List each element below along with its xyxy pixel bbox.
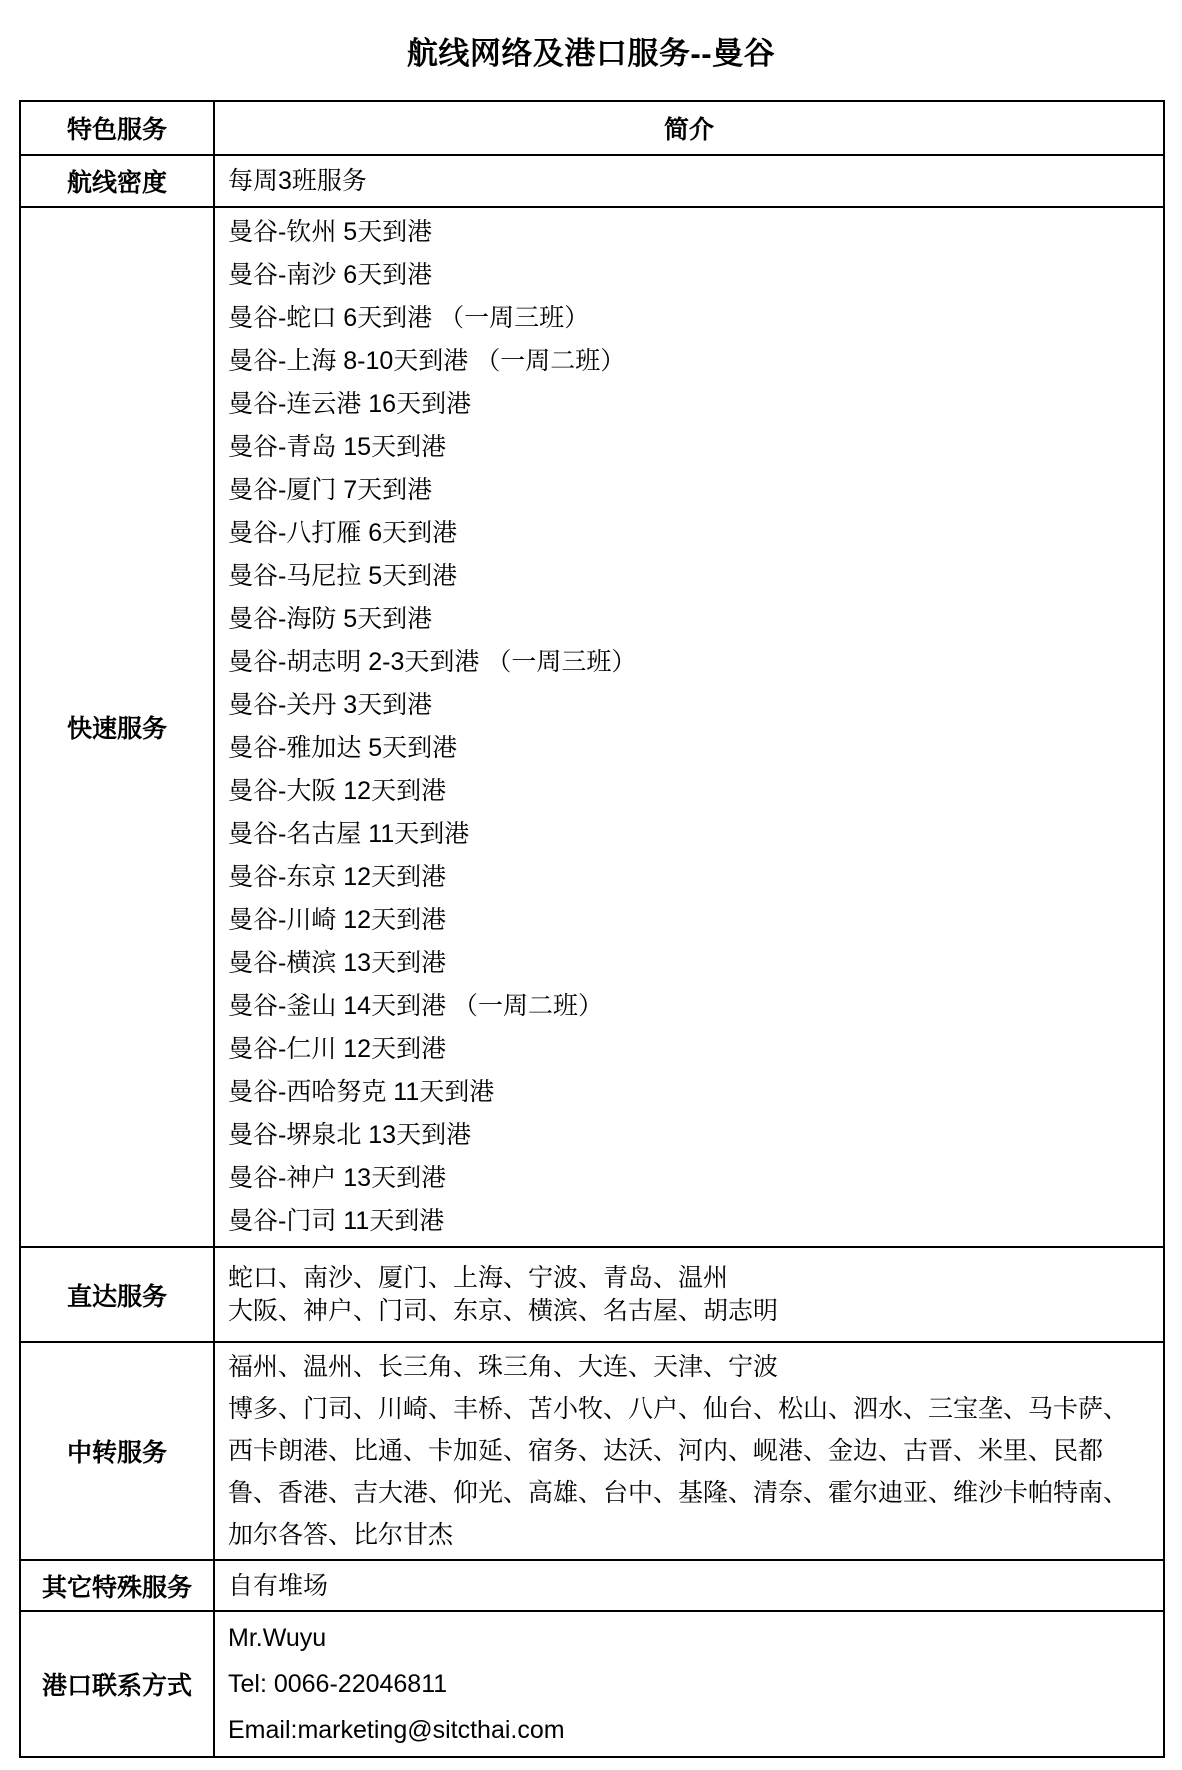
- table-header-row: 特色服务 简介: [20, 101, 1164, 155]
- row-label: 其它特殊服务: [20, 1560, 214, 1611]
- page-title: 航线网络及港口服务--曼谷: [0, 0, 1182, 100]
- content-line: 曼谷-神户 13天到港: [228, 1157, 1150, 1200]
- row-content: 福州、温州、长三角、珠三角、大连、天津、宁波博多、门司、川崎、丰桥、苫小牧、八户…: [214, 1342, 1164, 1560]
- content-line: Mr.Wuyu: [228, 1615, 1150, 1661]
- row-content: Mr.WuyuTel: 0066-22046811Email:marketing…: [214, 1611, 1164, 1757]
- content-line: 曼谷-门司 11天到港: [228, 1200, 1150, 1243]
- content-line: 曼谷-东京 12天到港: [228, 856, 1150, 899]
- content-line: 曼谷-大阪 12天到港: [228, 770, 1150, 813]
- content-line: 曼谷-厦门 7天到港: [228, 469, 1150, 512]
- table-row: 港口联系方式Mr.WuyuTel: 0066-22046811Email:mar…: [20, 1611, 1164, 1757]
- document-page: 航线网络及港口服务--曼谷 特色服务 简介 航线密度每周3班服务快速服务曼谷-钦…: [0, 0, 1182, 1770]
- content-line: 蛇口、南沙、厦门、上海、宁波、青岛、温州: [228, 1262, 1150, 1295]
- table-row: 直达服务蛇口、南沙、厦门、上海、宁波、青岛、温州大阪、神户、门司、东京、横滨、名…: [20, 1247, 1164, 1342]
- content-line: 曼谷-关丹 3天到港: [228, 684, 1150, 727]
- content-line: Tel: 0066-22046811: [228, 1661, 1150, 1707]
- content-line: 博多、门司、川崎、丰桥、苫小牧、八户、仙台、松山、泗水、三宝垄、马卡萨、西卡朗港…: [228, 1388, 1150, 1556]
- content-line: 曼谷-青岛 15天到港: [228, 426, 1150, 469]
- content-line: 曼谷-胡志明 2-3天到港 （一周三班）: [228, 641, 1150, 684]
- header-introduction: 简介: [214, 101, 1164, 155]
- content-line: 曼谷-马尼拉 5天到港: [228, 555, 1150, 598]
- services-table: 特色服务 简介 航线密度每周3班服务快速服务曼谷-钦州 5天到港曼谷-南沙 6天…: [19, 100, 1165, 1758]
- table-row: 航线密度每周3班服务: [20, 155, 1164, 207]
- content-line: 曼谷-西哈努克 11天到港: [228, 1071, 1150, 1114]
- content-line: 曼谷-雅加达 5天到港: [228, 727, 1150, 770]
- content-line: 曼谷-横滨 13天到港: [228, 942, 1150, 985]
- content-line: 曼谷-连云港 16天到港: [228, 383, 1150, 426]
- row-content: 每周3班服务: [214, 155, 1164, 207]
- content-line: 曼谷-上海 8-10天到港 （一周二班）: [228, 340, 1150, 383]
- row-content: 自有堆场: [214, 1560, 1164, 1611]
- row-label: 港口联系方式: [20, 1611, 214, 1757]
- content-line: 曼谷-堺泉北 13天到港: [228, 1114, 1150, 1157]
- content-line: 曼谷-仁川 12天到港: [228, 1028, 1150, 1071]
- content-line: 每周3班服务: [228, 164, 1150, 198]
- row-content: 曼谷-钦州 5天到港曼谷-南沙 6天到港曼谷-蛇口 6天到港 （一周三班）曼谷-…: [214, 207, 1164, 1247]
- content-line: 曼谷-南沙 6天到港: [228, 254, 1150, 297]
- row-content: 蛇口、南沙、厦门、上海、宁波、青岛、温州大阪、神户、门司、东京、横滨、名古屋、胡…: [214, 1247, 1164, 1342]
- row-label: 快速服务: [20, 207, 214, 1247]
- header-feature-services: 特色服务: [20, 101, 214, 155]
- row-label: 直达服务: [20, 1247, 214, 1342]
- row-label: 航线密度: [20, 155, 214, 207]
- table-row: 快速服务曼谷-钦州 5天到港曼谷-南沙 6天到港曼谷-蛇口 6天到港 （一周三班…: [20, 207, 1164, 1247]
- content-line: 曼谷-川崎 12天到港: [228, 899, 1150, 942]
- content-line: 自有堆场: [228, 1569, 1150, 1603]
- table-row: 中转服务福州、温州、长三角、珠三角、大连、天津、宁波博多、门司、川崎、丰桥、苫小…: [20, 1342, 1164, 1560]
- table-body: 航线密度每周3班服务快速服务曼谷-钦州 5天到港曼谷-南沙 6天到港曼谷-蛇口 …: [20, 155, 1164, 1757]
- content-line: 曼谷-钦州 5天到港: [228, 211, 1150, 254]
- table-row: 其它特殊服务自有堆场: [20, 1560, 1164, 1611]
- content-line: 曼谷-釜山 14天到港 （一周二班）: [228, 985, 1150, 1028]
- content-line: 大阪、神户、门司、东京、横滨、名古屋、胡志明: [228, 1295, 1150, 1328]
- content-line: Email:marketing@sitcthai.com: [228, 1707, 1150, 1753]
- content-line: 曼谷-蛇口 6天到港 （一周三班）: [228, 297, 1150, 340]
- content-line: 曼谷-海防 5天到港: [228, 598, 1150, 641]
- content-line: 福州、温州、长三角、珠三角、大连、天津、宁波: [228, 1346, 1150, 1388]
- content-line: 曼谷-名古屋 11天到港: [228, 813, 1150, 856]
- row-label: 中转服务: [20, 1342, 214, 1560]
- content-line: 曼谷-八打雁 6天到港: [228, 512, 1150, 555]
